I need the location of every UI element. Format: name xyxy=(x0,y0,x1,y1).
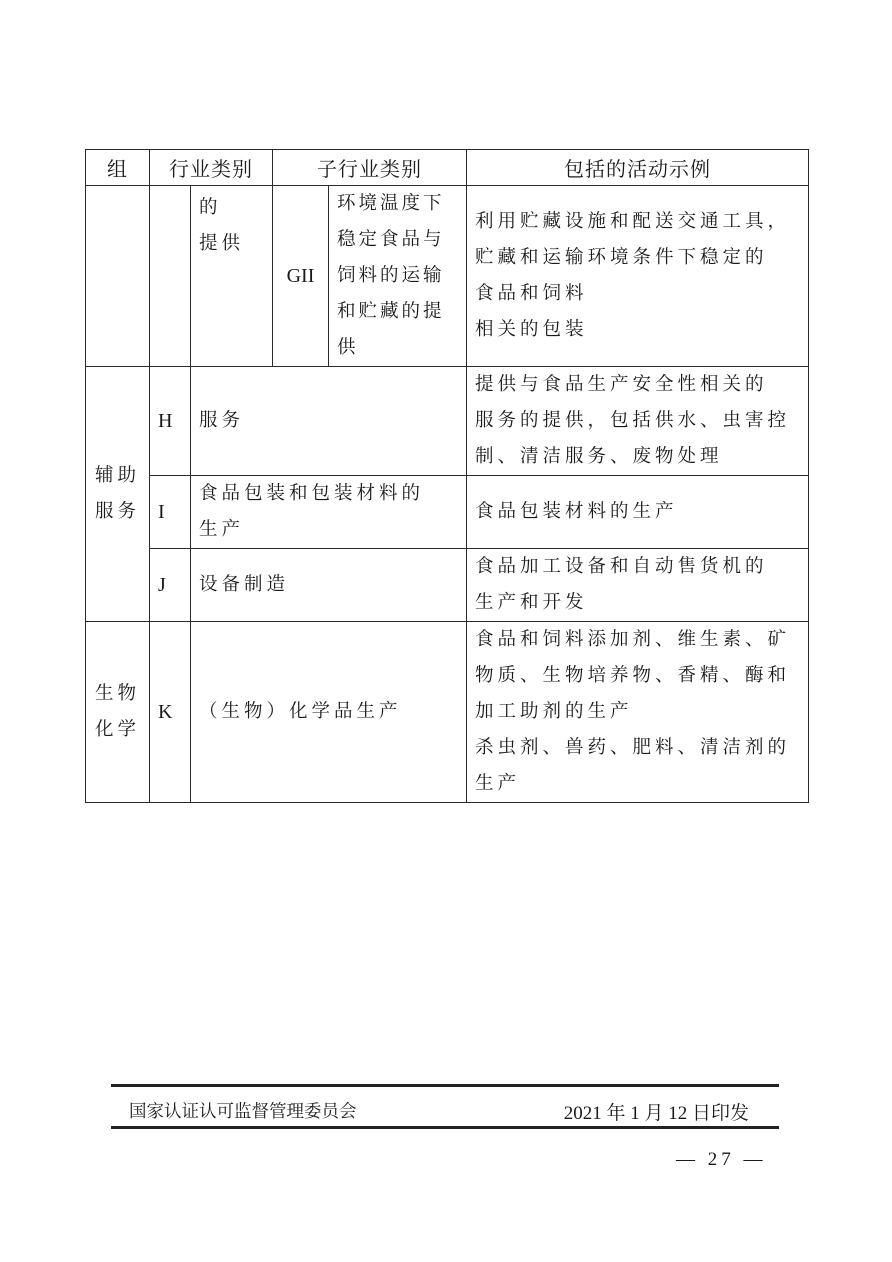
footer-bottom-rule xyxy=(111,1126,779,1129)
code-cell: H xyxy=(150,367,191,476)
group-cell: 辅助 服务 xyxy=(86,367,150,622)
footer-date: 2021 年 1 月 12 日印发 xyxy=(564,1098,749,1125)
header-group: 组 xyxy=(86,150,150,186)
category-name-cell: 的 提供 xyxy=(191,186,273,367)
examples-cell: 利用贮藏设施和配送交通工具， 贮藏和运输环境条件下稳定的 食品和饲料 相关的包装 xyxy=(467,186,809,367)
examples-cell: 食品和饲料添加剂、维生素、矿 物质、生物培养物、香精、酶和 加工助剂的生产 杀虫… xyxy=(467,622,809,803)
header-category: 行业类别 xyxy=(150,150,273,186)
page-number: — 27 — xyxy=(676,1149,767,1171)
examples-cell: 食品加工设备和自动售货机的 生产和开发 xyxy=(467,549,809,622)
examples-cell: 食品包装材料的生产 xyxy=(467,476,809,549)
header-examples: 包括的活动示例 xyxy=(467,150,809,186)
table-row: 的 提供 GII 环境温度下 稳定食品与 饲料的运输 和贮藏的提 供 利用贮藏设… xyxy=(86,186,809,367)
table-row: 生物 化学 K （生物）化学品生产 食品和饲料添加剂、维生素、矿 物质、生物培养… xyxy=(86,622,809,803)
header-subcategory: 子行业类别 xyxy=(273,150,467,186)
footer-top-rule xyxy=(111,1084,779,1087)
category-name-cell: （生物）化学品生产 xyxy=(191,622,467,803)
footer-issuer: 国家认证认可监督管理委员会 xyxy=(129,1098,357,1123)
category-name-cell: 食品包装和包装材料的 生产 xyxy=(191,476,467,549)
code-cell: I xyxy=(150,476,191,549)
subcategory-name-cell: 环境温度下 稳定食品与 饲料的运输 和贮藏的提 供 xyxy=(329,186,467,367)
code-cell-empty xyxy=(150,186,191,367)
subcategory-code-cell: GII xyxy=(273,186,329,367)
group-cell-empty xyxy=(86,186,150,367)
category-name-cell: 设备制造 xyxy=(191,549,467,622)
code-cell: K xyxy=(150,622,191,803)
code-cell: J xyxy=(150,549,191,622)
table-row: J 设备制造 食品加工设备和自动售货机的 生产和开发 xyxy=(86,549,809,622)
table-row: 辅助 服务 H 服务 提供与食品生产安全性相关的 服务的提供，包括供水、虫害控 … xyxy=(86,367,809,476)
table-row: I 食品包装和包装材料的 生产 食品包装材料的生产 xyxy=(86,476,809,549)
category-name-cell: 服务 xyxy=(191,367,467,476)
examples-cell: 提供与食品生产安全性相关的 服务的提供，包括供水、虫害控 制、清洁服务、废物处理 xyxy=(467,367,809,476)
table-header-row: 组 行业类别 子行业类别 包括的活动示例 xyxy=(86,150,809,186)
activity-table: 组 行业类别 子行业类别 包括的活动示例 的 提供 GII 环境温度下 稳定食品… xyxy=(85,149,809,803)
group-cell: 生物 化学 xyxy=(86,622,150,803)
